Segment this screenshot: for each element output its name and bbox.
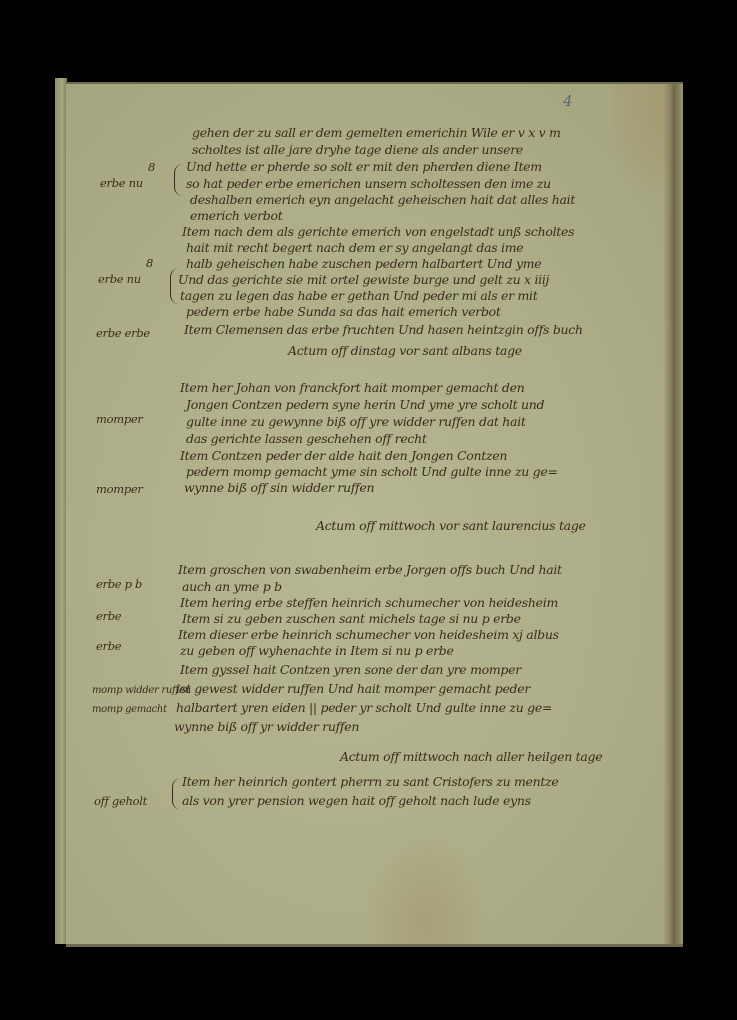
margin-note: momp widder ruffen	[92, 685, 191, 696]
text-line: gulte inne zu gewynne biß off yre widder…	[186, 415, 526, 429]
text-line: pedern erbe habe Sunda sa das hait emeri…	[186, 305, 501, 319]
text-line: deshalben emerich eyn angelacht geheisch…	[190, 193, 575, 207]
text-line: Jongen Contzen pedern syne herin Und yme…	[186, 398, 544, 412]
text-line: Item groschen von swabenheim erbe Jorgen…	[178, 563, 562, 577]
margin-note: erbe nu	[98, 272, 141, 286]
margin-note: erbe erbe	[96, 326, 150, 340]
bracket-mark	[172, 778, 181, 810]
text-line: tagen zu legen das habe er gethan Und pe…	[180, 289, 537, 303]
text-line: ist gewest widder ruffen Und hait momper…	[176, 682, 530, 696]
text-line: Item gyssel hait Contzen yren sone der d…	[180, 663, 521, 677]
water-stain	[366, 834, 486, 944]
margin-note: 8	[148, 160, 155, 174]
text-line: Item Clemensen das erbe fruchten Und has…	[184, 323, 583, 337]
text-line: halbartert yren eiden || peder yr scholt…	[176, 701, 552, 715]
bracket-mark	[170, 268, 179, 304]
text-line: Item her Johan von franckfort hait mompe…	[180, 381, 524, 395]
margin-note: erbe nu	[100, 176, 143, 190]
bracket-mark	[174, 164, 183, 196]
text-line: Item dieser erbe heinrich schumecher von…	[178, 628, 559, 642]
margin-note: momper	[96, 412, 143, 426]
text-line: Item Contzen peder der alde hait den Jon…	[180, 449, 507, 463]
text-line: wynne biß off sin widder ruffen	[184, 481, 374, 495]
text-line: Item hering erbe steffen heinrich schume…	[180, 596, 558, 610]
text-line: zu geben off wyhenachte in Item si nu p …	[180, 644, 454, 658]
text-line: emerich verbot	[190, 209, 282, 223]
manuscript-page	[66, 82, 683, 947]
text-line: Und das gerichte sie mit ortel gewiste b…	[178, 273, 549, 287]
text-line: gehen der zu sall er dem gemelten emeric…	[192, 126, 561, 140]
date-heading: Actum off dinstag vor sant albans tage	[288, 343, 522, 358]
text-line: halb geheischen habe zuschen pedern halb…	[186, 257, 541, 271]
date-heading: Actum off mittwoch nach aller heilgen ta…	[340, 749, 602, 764]
folio-number: 4	[563, 92, 573, 110]
date-heading: Actum off mittwoch vor sant laurencius t…	[316, 518, 586, 533]
text-line: Item nach dem als gerichte emerich von e…	[182, 225, 574, 239]
text-line: wynne biß off yr widder ruffen	[174, 720, 359, 734]
margin-note: erbe p b	[96, 577, 142, 591]
text-line: als von yrer pension wegen hait off geho…	[182, 794, 531, 808]
text-line: Item si zu geben zuschen sant michels ta…	[182, 612, 521, 626]
text-line: Item her heinrich gontert pherrn zu sant…	[182, 775, 559, 789]
margin-note: erbe	[96, 609, 121, 623]
text-line: hait mit recht begert nach dem er sy ang…	[186, 241, 523, 255]
margin-note: erbe	[96, 639, 121, 653]
text-line: pedern momp gemacht yme sin scholt Und g…	[186, 465, 558, 479]
text-line: das gerichte lassen geschehen off recht	[186, 432, 427, 446]
margin-note: 8	[146, 256, 153, 270]
margin-note: momp gemacht	[92, 704, 167, 715]
corner-stain	[613, 84, 683, 194]
text-line: scholtes ist alle jare dryhe tage diene …	[192, 143, 523, 157]
margin-note: off geholt	[94, 794, 147, 808]
text-line: auch an yme p b	[182, 580, 282, 594]
text-line: Und hette er pherde so solt er mit den p…	[186, 160, 542, 174]
text-line: so hat peder erbe emerichen unsern schol…	[186, 177, 551, 191]
margin-note: momper	[96, 482, 143, 496]
